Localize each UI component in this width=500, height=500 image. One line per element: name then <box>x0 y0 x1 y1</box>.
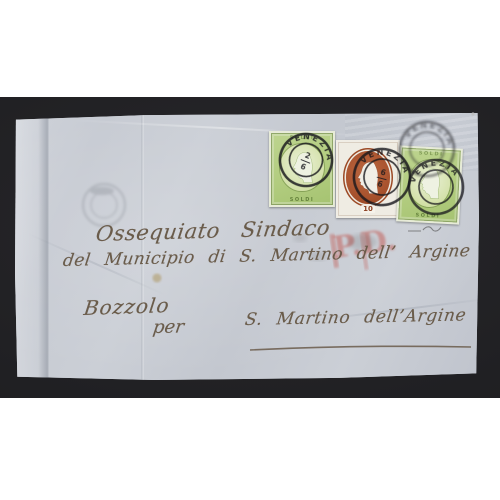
stamp-oval <box>346 151 390 204</box>
stamp-green-soldi-right: SOLDI SOLDI <box>396 145 463 224</box>
stamp-green-soldi-left: SOLDI SOLDI <box>269 131 335 207</box>
stamp-inscription-top: SOLDI <box>271 135 333 141</box>
stamp-value: 10 <box>361 205 375 213</box>
emperor-profile-icon <box>354 157 382 199</box>
address-line-per: per <box>152 316 186 338</box>
stamp-inscription-bottom: SOLDI <box>271 197 333 203</box>
stamp-brown-10-soldi: 10 <box>336 140 400 218</box>
stamp-inscription-top: SOLDI <box>402 150 461 159</box>
stamp-design: 10 <box>338 142 398 216</box>
fold-crease <box>15 113 49 380</box>
stamp-design: SOLDI SOLDI <box>271 133 333 205</box>
stamp-oval <box>280 144 323 192</box>
stamp-inscription-bottom: SOLDI <box>398 211 457 220</box>
emperor-profile-icon <box>416 164 443 202</box>
stamp-oval <box>408 159 452 209</box>
fold-crease <box>141 113 144 380</box>
stamp-design: SOLDI SOLDI <box>398 148 461 223</box>
stamp-cover-photo: SOLDI SOLDI 10 SOLDI <box>0 0 500 500</box>
emperor-profile-icon <box>289 149 316 186</box>
